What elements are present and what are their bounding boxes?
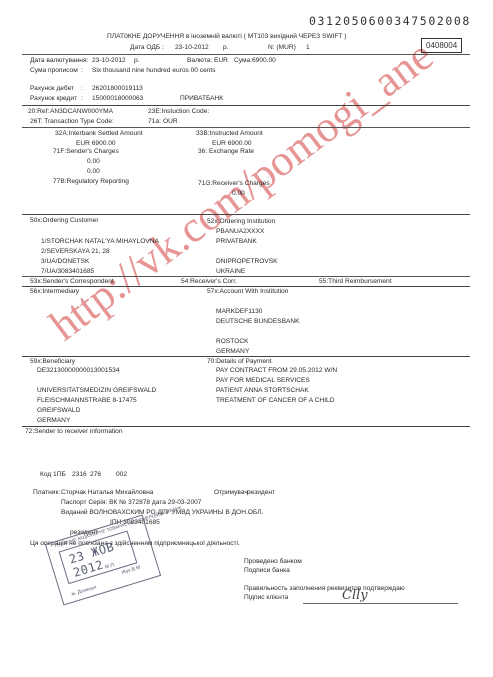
sender-to-receiver-label: 72:Sender to receiver information [25, 428, 123, 435]
payment-details-line: PAY CONTRACT FROM 29.05.2012 W/N [216, 367, 337, 374]
correctness-confirmation: Правильность заполнения реквизитов подтв… [244, 585, 405, 592]
divider [22, 105, 470, 106]
account-institution-line: GERMANY [216, 348, 249, 355]
beneficiary-line: GREIFSWALD [37, 407, 80, 414]
stamp-bottom-text: м. Донецьк [71, 584, 97, 597]
ordering-institution-line: DNIPROPETROVSK [216, 258, 278, 265]
document-number: 0312050600347502008 [309, 14, 471, 28]
payment-details-line: PAY FOR MEDICAL SERVICES [216, 377, 310, 384]
divider [22, 426, 470, 427]
debit-account-label: Рахунок дебет [30, 85, 74, 92]
ordering-institution-line: PRIVATBANK [216, 238, 257, 245]
beneficiary-line: DE32130000000013001534 [37, 367, 120, 374]
exchange-rate-label: 36: Exchange Rate [198, 148, 254, 155]
code-label: Код 1ПБ [40, 471, 66, 478]
senders-charges-label: 71F:Sender's Charges [53, 148, 119, 155]
account-institution-label: 57x:Account With Institution [207, 288, 288, 295]
debit-account: 26201800019113 [92, 85, 143, 92]
code-2: 276 [90, 471, 101, 478]
instructed-amount-label: 33B:Instructed Amount [196, 130, 263, 137]
client-signature-label: Підпис клієнта [244, 594, 288, 601]
divider [22, 276, 470, 277]
amount-in-words: Six thousand nine hundred euros 00 cents [92, 67, 216, 74]
recipient-status: резидент [247, 489, 275, 496]
payer-name: Сторчак Наталья Михайловна [61, 489, 153, 496]
odb-date-suffix: р. [223, 44, 229, 51]
ordering-customer-line: 2/SEVERSKAYA 21, 28 [41, 248, 110, 255]
credit-bank: ПРИВАТБАНК [180, 95, 223, 102]
credit-account: 15000018000063 [92, 95, 143, 102]
processed-by-bank: Проведено банком [244, 558, 302, 565]
value-date-label: Дата валютування: [30, 57, 88, 64]
regulatory-reporting-label: 77B:Regulatory Reporting [53, 178, 129, 185]
intermediary-label: 56x:Intermediary [30, 288, 79, 295]
charges-code-label: 71a: [148, 118, 161, 125]
amount-words-sep: : [81, 67, 83, 74]
value-date-suffix: р. [134, 57, 140, 64]
account-institution-line: ROSTOCK [216, 338, 249, 345]
code-1: 2316 [72, 471, 87, 478]
account-institution-line: DEUTSCHE BUNDESBANK [216, 318, 300, 325]
bank-stamp: ПУБЛІЧНЕ АКЦІОНЕРНЕ ТОВАРИСТВО КОМЕРЦІЙН… [45, 514, 161, 605]
currency-value: EUR [214, 57, 228, 64]
charges-code-value: OUR [163, 118, 178, 125]
receivers-corr-label: 54:Receiver's Corr. [181, 278, 237, 285]
currency-label: Валюта: [187, 57, 212, 64]
amount-value: 6900.00 [252, 57, 276, 64]
account-institution-line: MARKDEF1130 [216, 308, 262, 315]
beneficiary-line: GERMANY [37, 417, 70, 424]
payment-details-line: PATIENT ANNA STORTSCHAK [216, 387, 309, 394]
payment-details-line: TREATMENT OF CANCER OF A CHILD [216, 397, 334, 404]
divider [22, 356, 470, 357]
ordering-institution-label: 52x:Ordering Institution [207, 218, 275, 225]
senders-charges-1: 0.00 [87, 158, 100, 165]
client-signature: Clly [342, 588, 368, 603]
credit-sep: : [81, 95, 83, 102]
ordering-customer-line: 7/UA/3083401685 [41, 268, 94, 275]
signature-line [303, 603, 458, 604]
interbank-amount: EUR 6900.00 [76, 140, 116, 147]
bank-signatures-label: Подписи банка [244, 567, 290, 574]
beneficiary-line: UNIVERSITATSMEDIZIN GREIFSWALD [37, 387, 156, 394]
divider [22, 214, 470, 215]
odb-date: 23-10-2012 [175, 44, 209, 51]
recipient-label: Отримувач: [214, 489, 250, 496]
instructed-amount: EUR 6900.00 [212, 140, 252, 147]
ordering-customer-line: 1/STORCHAK NATAL'YA MIHAYLOVNA [41, 238, 159, 245]
code-3: 002 [116, 471, 127, 478]
n-value: 1 [306, 44, 310, 51]
n-label: N: (MUR) [268, 44, 296, 51]
ordering-customer-label: 50x:Ordering Customer [30, 217, 99, 224]
divider [22, 127, 470, 128]
beneficiary-label: 59x:Beneficiary [30, 358, 75, 365]
divider [22, 286, 470, 287]
amount-label: Сума: [234, 57, 252, 64]
form-code-box: 0408004 [421, 38, 462, 53]
odb-date-label: Дата ОДБ : [130, 44, 164, 51]
transaction-type-label: 26T: Transaction Type Code: [30, 118, 114, 125]
senders-correspondent-label: 53x:Sender's Correspondent [30, 278, 114, 285]
debit-sep: : [81, 85, 83, 92]
beneficiary-line: FLEISCHMANNSTRABE 8-17475 [37, 397, 137, 404]
payer-label: Платник: [33, 489, 60, 496]
interbank-amount-label: 32A:Interbank Settled Amount [55, 130, 143, 137]
divider [22, 54, 470, 55]
receivers-charges: 0.00 [232, 190, 245, 197]
ordering-institution-line: UKRAINE [216, 268, 245, 275]
credit-account-label: Рахунок кредит [30, 95, 77, 102]
payment-details-label: 70:Details of Payment [207, 358, 272, 365]
third-reimbursement-label: 55:Third Reimbursement [319, 278, 392, 285]
amount-words-label: Сума прописом [30, 67, 78, 74]
ordering-institution-line: PBANUA2XXXX [216, 228, 264, 235]
ref-value: AN3DCANW000YMA [50, 108, 113, 115]
value-date: 23-10-2012 [92, 57, 126, 64]
ordering-customer-line: 3/UA/DONETSK [41, 258, 89, 265]
ref-label: 20:Ref: [28, 108, 49, 115]
document-title: ПЛАТІЖНЕ ДОРУЧЕННЯ в іноземній валюті ( … [107, 33, 346, 40]
receivers-charges-label: 71G:Receiver's Charges [198, 180, 270, 187]
instruction-code-label: 23E:Instuction Code: [148, 108, 209, 115]
senders-charges-2: 0.00 [87, 168, 100, 175]
